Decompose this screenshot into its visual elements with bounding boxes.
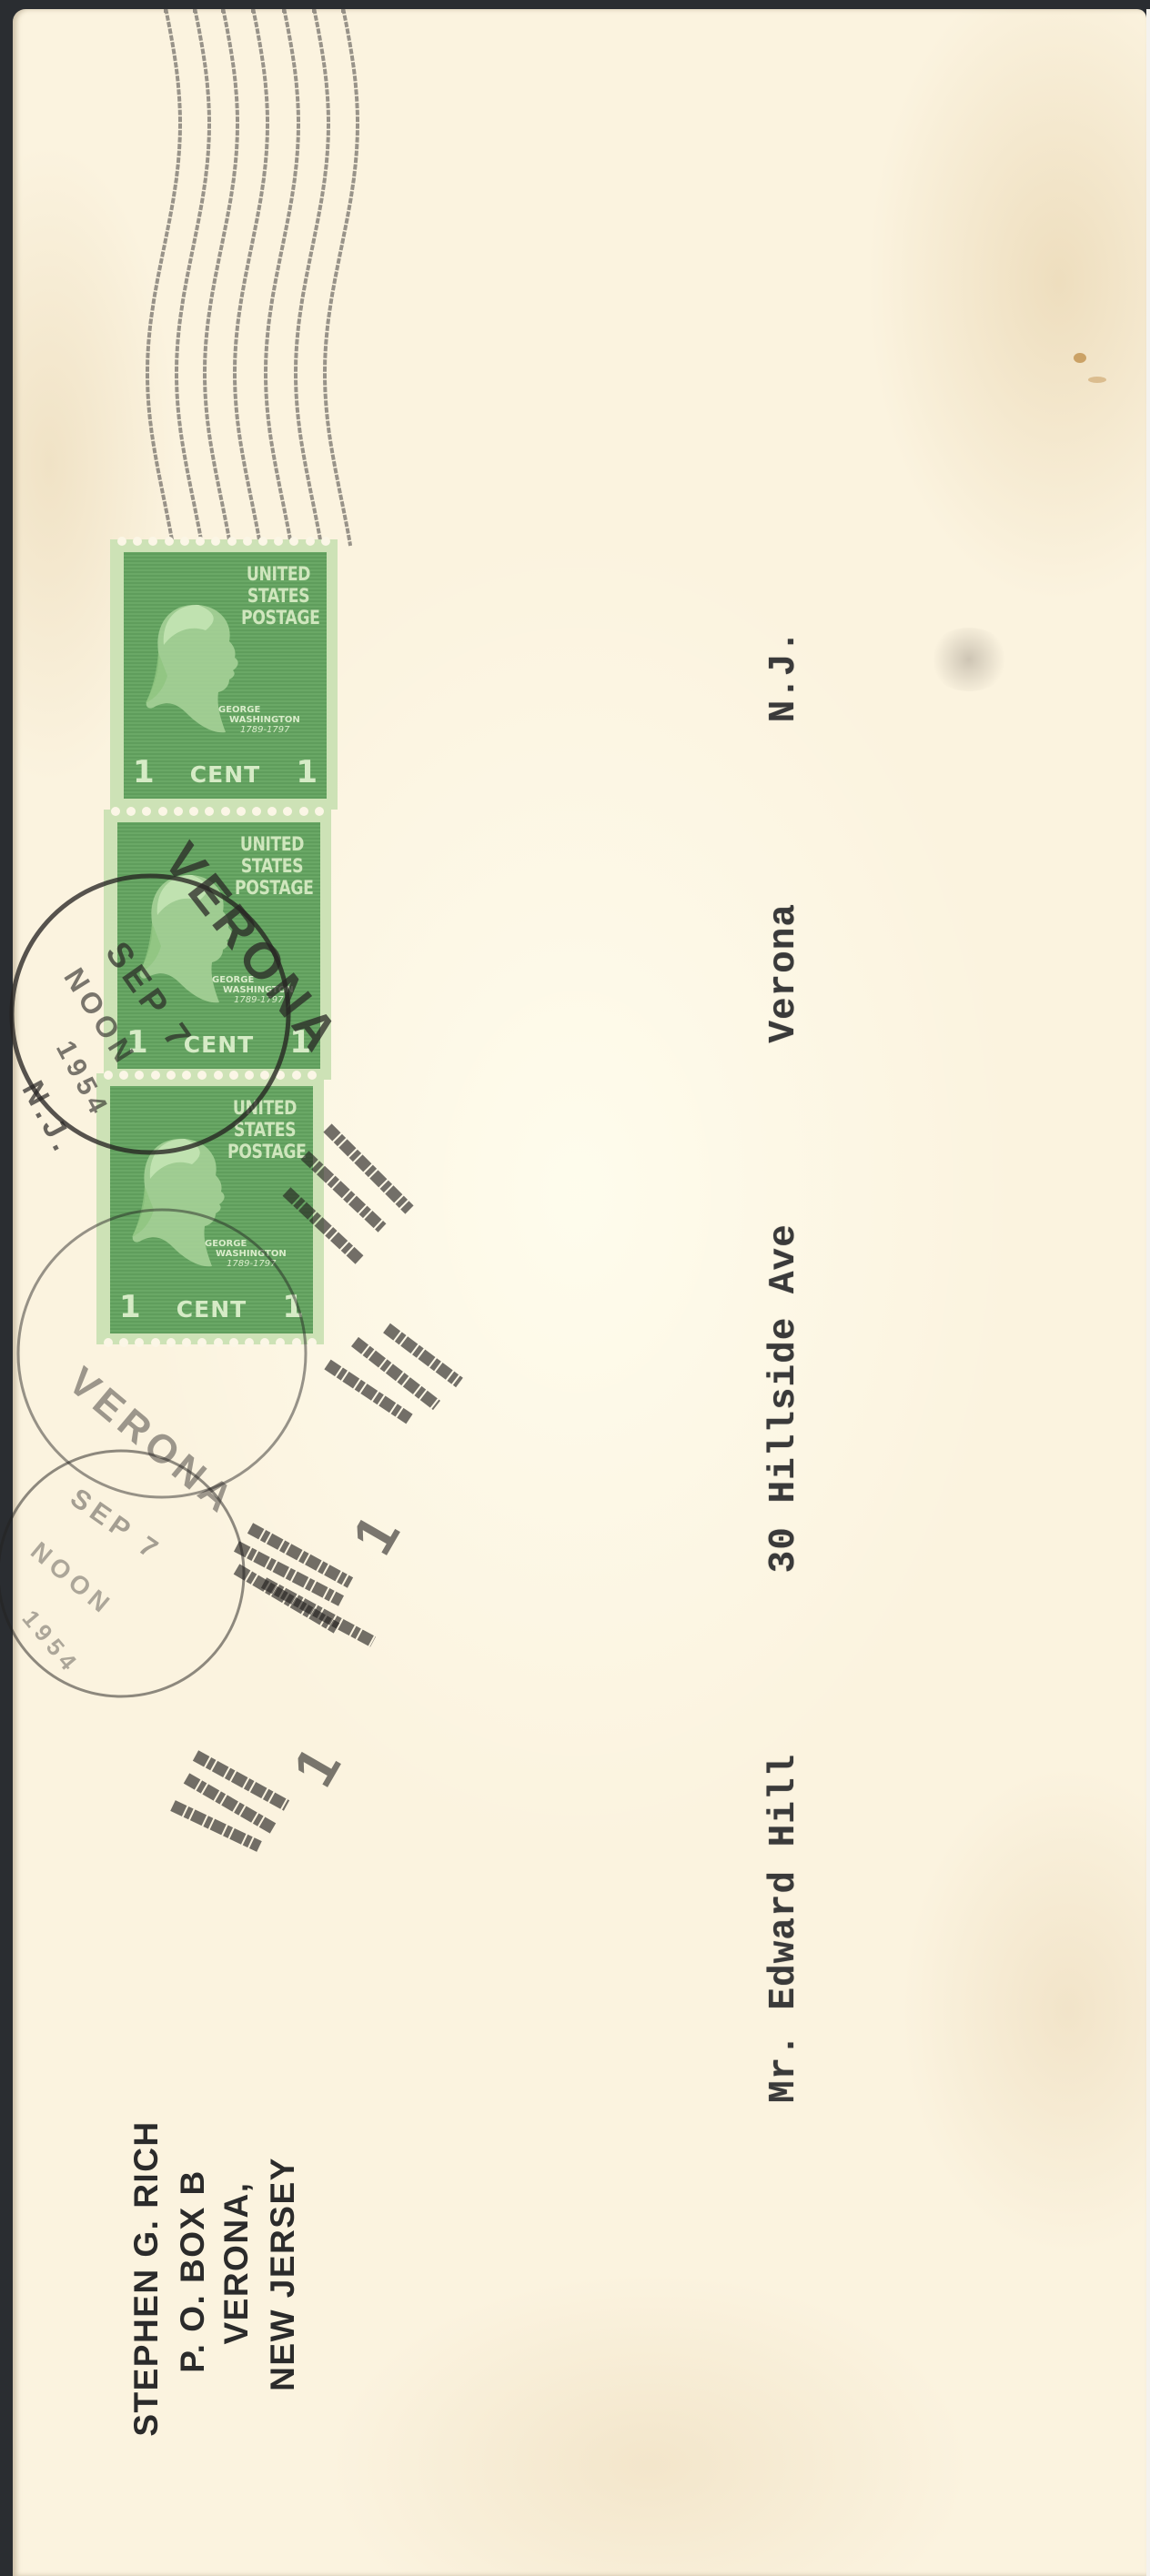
- stamp-subject: GEORGE WASHINGTON 1789-1797: [218, 705, 318, 735]
- stamp-denomination: 1 CENT 1: [119, 1292, 304, 1323]
- stamp-design: UNITEDSTATESPOSTAGE GEORGE WASHINGTON 17…: [124, 552, 327, 799]
- perforation: [111, 807, 324, 816]
- stamp-country: UNITEDSTATESPOSTAGE: [241, 563, 316, 629]
- perforation: [104, 1338, 317, 1347]
- recipient-state: N.J.: [763, 629, 805, 722]
- return-address-line-2: P. O. BOX B: [174, 2169, 212, 2373]
- return-address-line-4: NEW JERSEY: [264, 2157, 302, 2391]
- perforation: [104, 1071, 317, 1080]
- postage-stamp: UNITEDSTATESPOSTAGE GEORGE WASHINGTON 17…: [96, 1073, 324, 1344]
- recipient-street: 30 Hillside Ave: [763, 1223, 805, 1573]
- recipient-address: Mr. Edward Hill 30 Hillside Ave Verona N…: [764, 629, 804, 2103]
- postage-stamp: UNITEDSTATESPOSTAGE GEORGE WASHINGTON 17…: [110, 539, 338, 810]
- stamp-country: UNITEDSTATESPOSTAGE: [227, 1097, 302, 1162]
- stamp-design: UNITEDSTATESPOSTAGE GEORGE WASHINGTON 17…: [110, 1086, 313, 1333]
- return-address-line-3: VERONA,: [217, 2181, 256, 2344]
- wavy-cancel-lines: [0, 0, 1150, 564]
- stamp-denomination: 1 CENT 1: [133, 757, 318, 788]
- stamp-country: UNITEDSTATESPOSTAGE: [235, 833, 309, 899]
- ink-smudge: [928, 628, 1010, 691]
- recipient-name: Mr. Edward Hill: [763, 1754, 805, 2103]
- perforation: [117, 537, 330, 546]
- stamp-subject: GEORGE WASHINGTON 1789-1797: [205, 1239, 305, 1269]
- recipient-city: Verona: [763, 903, 805, 1043]
- return-address-line-1: STEPHEN G. RICH: [127, 2120, 166, 2436]
